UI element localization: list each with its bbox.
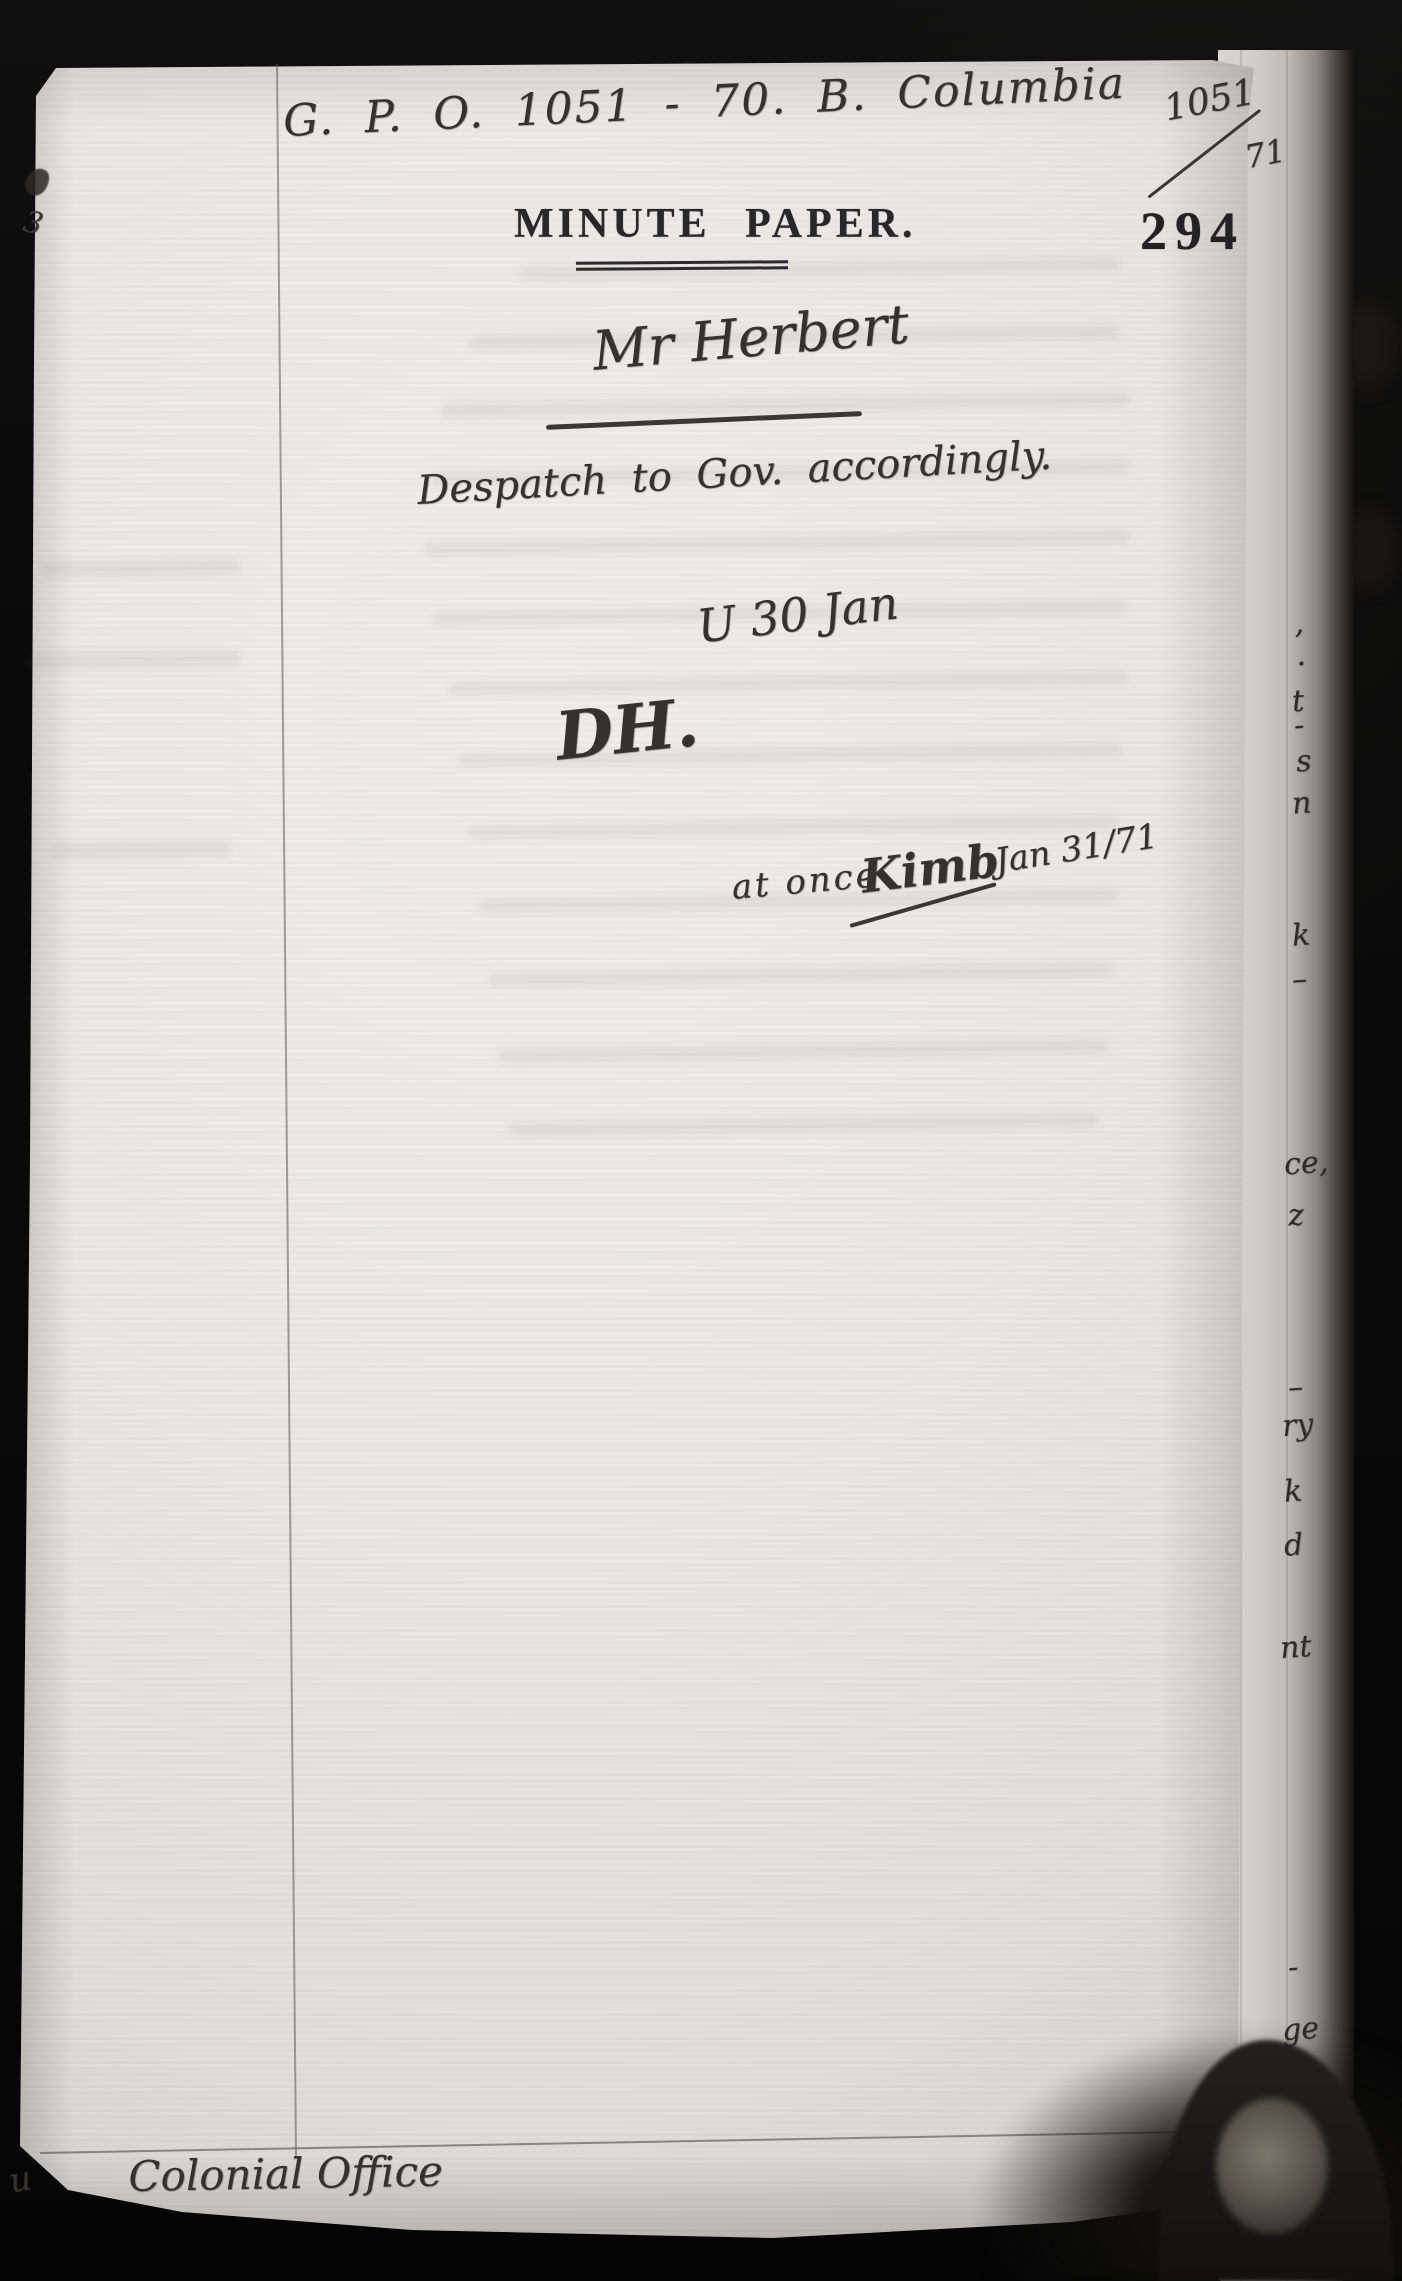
edge-fragment: – — [1291, 962, 1308, 998]
edge-fragment: d — [1283, 1527, 1305, 1563]
title-underline — [576, 260, 788, 270]
page-number: 294 — [1140, 200, 1245, 262]
edge-fragment: nt — [1279, 1629, 1313, 1666]
margin-mark: u — [6, 2158, 35, 2201]
edge-fragment: k — [1283, 1473, 1304, 1509]
initials-monogram: DH. — [552, 683, 702, 775]
edge-fragment: ce, — [1283, 1145, 1329, 1183]
edge-fragment: , — [1293, 606, 1305, 642]
paper-sheet — [12, 60, 1258, 2241]
edge-fragment: . — [1295, 638, 1307, 674]
edge-fragment: – — [1287, 1370, 1304, 1406]
minute-paper-title: MINUTE PAPER. — [514, 200, 917, 248]
registry-denominator: 71 — [1242, 131, 1289, 176]
ghost-bleedthrough — [50, 840, 230, 859]
edge-fragment: n — [1291, 785, 1313, 821]
thumbnail-highlight — [1216, 2098, 1328, 2234]
edge-fragment: z — [1287, 1197, 1305, 1233]
edge-fragment: s — [1295, 744, 1313, 780]
registry-fraction: 1051 71 — [1143, 80, 1302, 218]
archive-photo-canvas: , . t - s n k – ce, z – ry k d nt - ge 3… — [0, 0, 1402, 2281]
edge-fragment: ry — [1281, 1407, 1315, 1444]
edge-fragment: k — [1291, 917, 1312, 953]
edge-fragment: - — [1287, 1950, 1300, 1986]
footer-department-note: Colonial Office — [128, 2147, 443, 2201]
